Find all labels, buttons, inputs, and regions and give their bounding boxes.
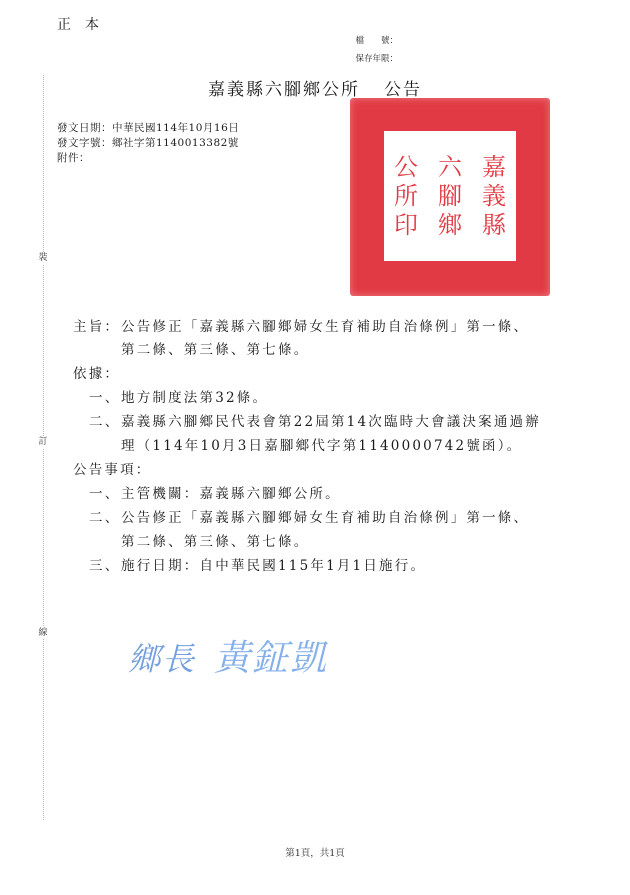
binding-char-ding: 訂 bbox=[36, 436, 50, 448]
basis-item-2-number: 二、 bbox=[89, 411, 120, 433]
issue-number: 發文字號：鄉社字第1140013382號 bbox=[57, 136, 239, 150]
notice-item-2-number: 二、 bbox=[89, 507, 120, 529]
seal-column: 公 所 印 bbox=[394, 153, 418, 240]
notice-item-2-line-1: 公告修正「嘉義縣六腳鄉婦女生育補助自治條例」第一條、 bbox=[121, 507, 529, 529]
file-number-field: 檔 號： bbox=[300, 34, 398, 46]
retention-period-label: 保存年限： bbox=[300, 52, 398, 64]
seal-char: 鄉 bbox=[438, 211, 462, 240]
signature-stamp: 鄉長黃鉦凱 bbox=[128, 630, 328, 681]
seal-char: 所 bbox=[394, 182, 418, 211]
basis-label: 依據： bbox=[73, 363, 120, 385]
notice-item-1: 主管機關：嘉義縣六腳鄉公所。 bbox=[121, 483, 341, 505]
notice-label: 公告事項： bbox=[73, 459, 152, 481]
notice-item-3-number: 三、 bbox=[89, 555, 120, 577]
seal-column: 六 腳 鄉 bbox=[438, 153, 462, 240]
retention-period-field: 保存年限： bbox=[300, 52, 398, 64]
subject-line-1: 公告修正「嘉義縣六腳鄉婦女生育補助自治條例」第一條、 bbox=[121, 316, 529, 338]
seal-column: 嘉 義 縣 bbox=[482, 153, 506, 240]
copy-label: 正本 bbox=[57, 14, 113, 34]
office-name: 嘉義縣六腳鄉公所 bbox=[208, 80, 360, 100]
subject-label: 主旨： bbox=[73, 316, 120, 338]
seal-char: 義 bbox=[482, 182, 506, 211]
seal-char: 腳 bbox=[438, 182, 462, 211]
basis-item-1-number: 一、 bbox=[89, 387, 120, 409]
signature-title: 鄉長 bbox=[128, 640, 196, 678]
seal-char: 公 bbox=[394, 153, 418, 182]
basis-item-1: 地方制度法第32條。 bbox=[121, 387, 268, 409]
subject-line-2: 第二條、第三條、第七條。 bbox=[121, 339, 309, 361]
seal-char: 嘉 bbox=[482, 153, 506, 182]
notice-item-1-number: 一、 bbox=[89, 483, 120, 505]
notice-item-2-line-2: 第二條、第三條、第七條。 bbox=[121, 531, 309, 553]
binding-char-xian: 線 bbox=[36, 627, 50, 639]
signature-name: 黃鉦凱 bbox=[214, 638, 328, 679]
basis-item-2-line-2: 理（114年10月3日嘉腳鄉代字第1140000742號函）。 bbox=[121, 435, 522, 457]
notice-item-3: 施行日期：自中華民國115年1月1日施行。 bbox=[121, 555, 426, 577]
document-title: 嘉義縣六腳鄉公所公告 bbox=[0, 75, 630, 100]
attachment-label: 附件： bbox=[57, 151, 90, 165]
issue-date: 發文日期：中華民國114年10月16日 bbox=[57, 121, 239, 135]
seal-char: 縣 bbox=[482, 211, 506, 240]
binding-char-zhuang: 裝 bbox=[36, 252, 50, 264]
seal-char: 印 bbox=[394, 211, 418, 240]
file-number-label: 檔 號： bbox=[300, 34, 398, 46]
basis-item-2-line-1: 嘉義縣六腳鄉民代表會第22屆第14次臨時大會議決案通過辦 bbox=[121, 411, 541, 433]
page-number: 第1頁，共1頁 bbox=[0, 845, 630, 859]
seal-inner: 嘉 義 縣 六 腳 鄉 公 所 印 bbox=[384, 131, 516, 261]
document-type: 公告 bbox=[384, 80, 422, 100]
seal-char: 六 bbox=[438, 153, 462, 182]
official-seal: 嘉 義 縣 六 腳 鄉 公 所 印 bbox=[350, 98, 550, 296]
